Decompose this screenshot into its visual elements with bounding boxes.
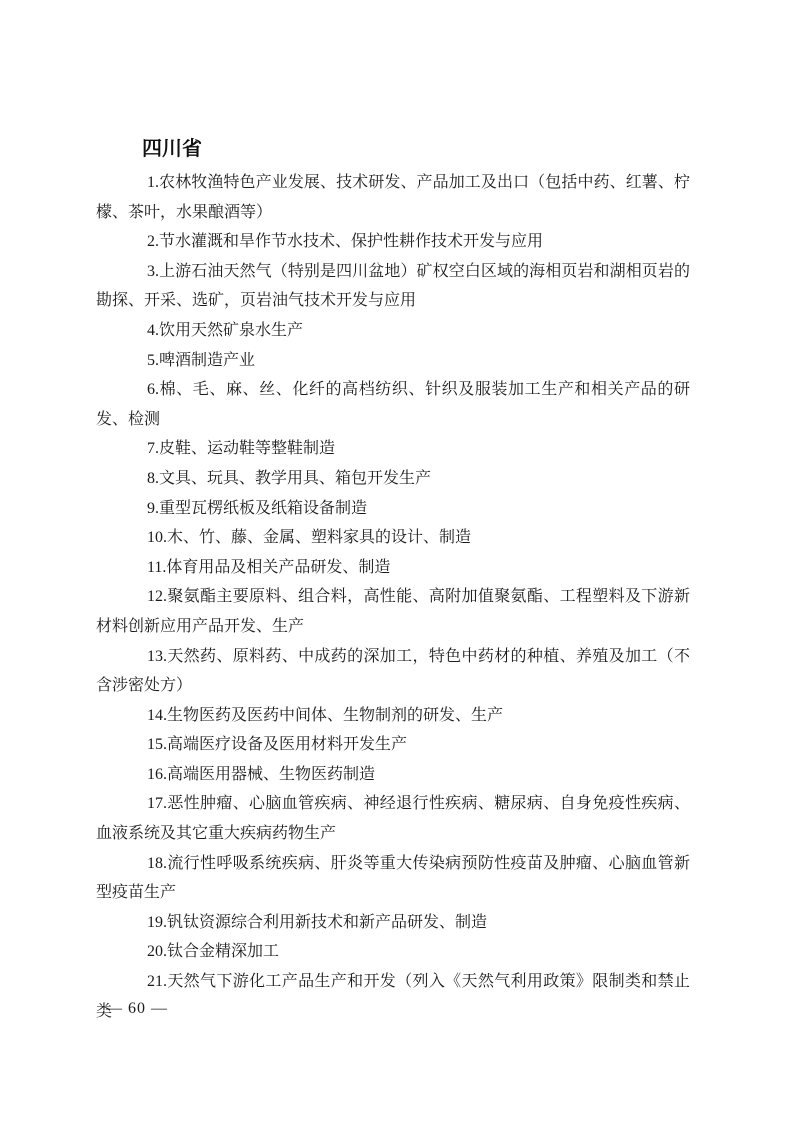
list-item-7: 7.皮鞋、运动鞋等整鞋制造 <box>96 434 690 464</box>
list-item-9: 9.重型瓦楞纸板及纸箱设备制造 <box>96 494 690 524</box>
list-item-16: 16.高端医用器械、生物医药制造 <box>96 760 690 790</box>
list-item-2: 2.节水灌溉和旱作节水技术、保护性耕作技术开发与应用 <box>96 227 690 257</box>
list-item-18: 18.流行性呼吸系统疾病、肝炎等重大传染病预防性疫苗及肿瘤、心脑血管新型疫苗生产 <box>96 849 690 908</box>
list-item-1: 1.农林牧渔特色产业发展、技术研发、产品加工及出口（包括中药、红薯、柠檬、茶叶，… <box>96 168 690 227</box>
list-item-21: 21.天然气下游化工产品生产和开发（列入《天然气利用政策》限制类和禁止类 <box>96 967 690 1026</box>
list-item-10: 10.木、竹、藤、金属、塑料家具的设计、制造 <box>96 523 690 553</box>
document-page: 四川省 1.农林牧渔特色产业发展、技术研发、产品加工及出口（包括中药、红薯、柠檬… <box>0 0 793 1122</box>
list-item-8: 8.文具、玩具、教学用具、箱包开发生产 <box>96 464 690 494</box>
list-item-20: 20.钛合金精深加工 <box>96 937 690 967</box>
list-item-15: 15.高端医疗设备及医用材料开发生产 <box>96 730 690 760</box>
list-item-3: 3.上游石油天然气（特别是四川盆地）矿权空白区域的海相页岩和湖相页岩的勘探、开采… <box>96 257 690 316</box>
list-item-17: 17.恶性肿瘤、心脑血管疾病、神经退行性疾病、糖尿病、自身免疫性疾病、血液系统及… <box>96 789 690 848</box>
list-item-11: 11.体育用品及相关产品研发、制造 <box>96 553 690 583</box>
list-item-13: 13.天然药、原料药、中成药的深加工，特色中药材的种植、养殖及加工（不含涉密处方… <box>96 642 690 701</box>
page-number: — 60 — <box>106 1000 168 1018</box>
list-item-6: 6.棉、毛、麻、丝、化纤的高档纺织、针织及服装加工生产和相关产品的研发、检测 <box>96 375 690 434</box>
list-item-5: 5.啤酒制造产业 <box>96 346 690 376</box>
list-item-14: 14.生物医药及医药中间体、生物制剂的研发、生产 <box>96 701 690 731</box>
list-item-12: 12.聚氨酯主要原料、组合料，高性能、高附加值聚氨酯、工程塑料及下游新材料创新应… <box>96 582 690 641</box>
section-title: 四川省 <box>96 134 690 164</box>
list-item-4: 4.饮用天然矿泉水生产 <box>96 316 690 346</box>
list-item-19: 19.钒钛资源综合利用新技术和新产品研发、制造 <box>96 908 690 938</box>
